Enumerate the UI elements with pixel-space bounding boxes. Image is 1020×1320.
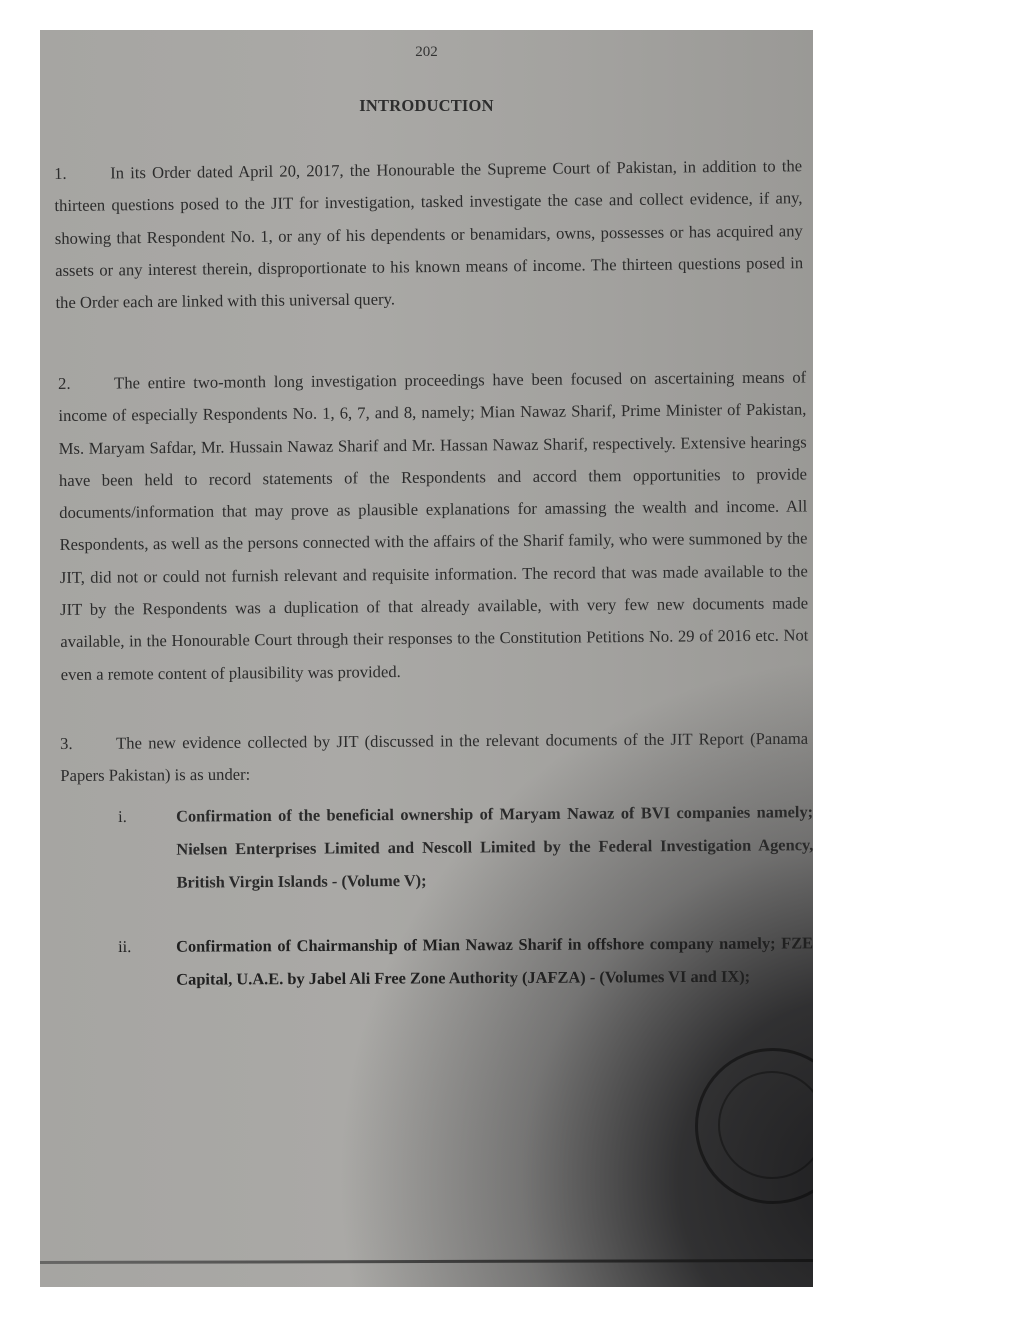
document-photo: 202 INTRODUCTION 1.In its Order dated Ap… <box>40 30 813 1287</box>
paragraph-1: 1.In its Order dated April 20, 2017, the… <box>54 150 804 319</box>
paragraph-2: 2.The entire two-month long investigatio… <box>58 361 809 690</box>
sub-item-number: i. <box>118 800 127 833</box>
sub-item-number: ii. <box>118 930 131 963</box>
sub-item-ii: ii. Confirmation of Chairmanship of Mian… <box>118 926 813 996</box>
paragraph-number: 2. <box>58 368 114 401</box>
page-number: 202 <box>40 44 813 61</box>
paragraph-3: 3.The new evidence collected by JIT (dis… <box>60 723 808 793</box>
official-stamp-icon <box>695 1048 813 1204</box>
sub-item-text: Confirmation of Chairmanship of Mian Naw… <box>176 926 813 995</box>
sub-item-text: Confirmation of the beneficial ownership… <box>176 795 813 898</box>
paragraph-text: The new evidence collected by JIT (discu… <box>60 729 808 786</box>
paragraph-number: 3. <box>60 728 116 761</box>
paragraph-number: 1. <box>54 157 110 190</box>
paragraph-text: The entire two-month long investigation … <box>58 367 808 683</box>
sub-item-i: i. Confirmation of the beneficial owners… <box>118 795 813 899</box>
paragraph-text: In its Order dated April 20, 2017, the H… <box>54 156 803 312</box>
section-heading: INTRODUCTION <box>40 96 813 116</box>
page-edge-line <box>40 1259 813 1264</box>
